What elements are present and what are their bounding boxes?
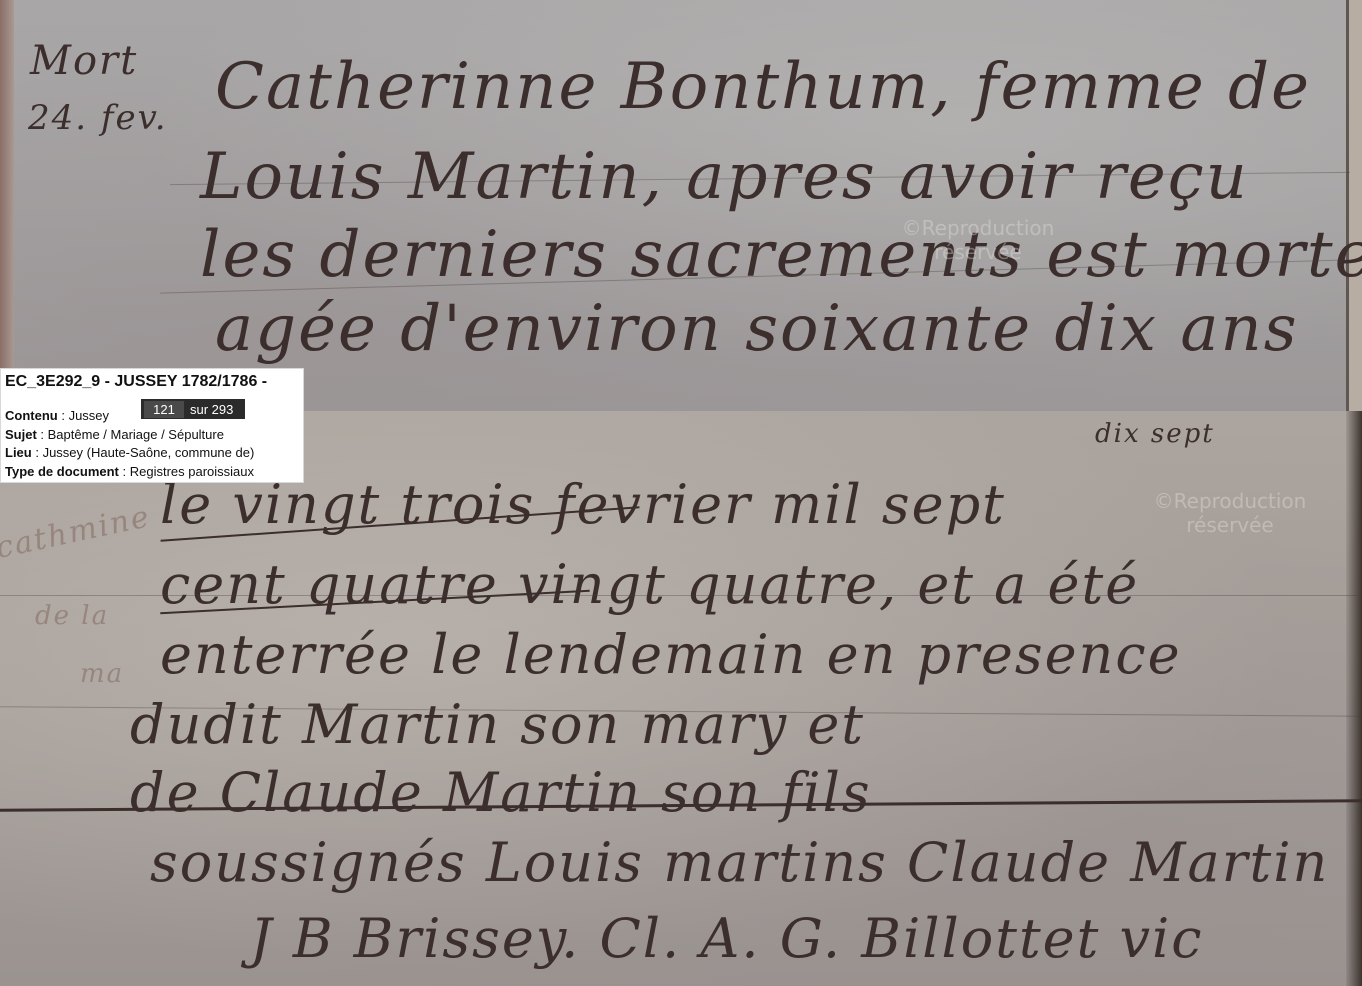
document-title: EC_3E292_9 - JUSSEY 1782/1786 - <box>5 372 299 392</box>
bleed-through-text: de la <box>35 601 109 631</box>
metadata-separator: : <box>58 408 69 423</box>
handwriting-line: soussignés Louis martins Claude Martin <box>150 831 1329 894</box>
metadata-sujet: Sujet : Baptême / Mariage / Sépulture <box>5 426 254 445</box>
page-binding-edge <box>0 0 14 411</box>
handwriting-line: enterrée le lendemain en presence <box>160 623 1182 686</box>
handwriting-line: agée d'environ soixante dix ans <box>215 292 1299 366</box>
margin-note-date: 24. fev. <box>28 98 168 138</box>
watermark-line: ©Reproduction <box>1150 489 1310 513</box>
watermark-line: réservée <box>1150 513 1310 537</box>
handwriting-line: les derniers sacrements est morte <box>200 218 1362 292</box>
metadata-contenu: Contenu : Jussey <box>5 407 254 426</box>
page-margin <box>1349 0 1362 411</box>
metadata-label: Type de document <box>5 464 119 479</box>
scan-tile-top: Mort 24. fev. Catherinne Bonthum, femme … <box>0 0 1362 411</box>
metadata-label: Sujet <box>5 427 37 442</box>
document-viewer[interactable]: Mort 24. fev. Catherinne Bonthum, femme … <box>0 0 1362 986</box>
insertion-note: dix sept <box>1095 419 1215 449</box>
metadata-label: Contenu <box>5 408 58 423</box>
handwriting-line: Catherinne Bonthum, femme de <box>215 50 1311 124</box>
handwriting-line: dudit Martin son mary et <box>130 693 865 756</box>
metadata-separator: : <box>119 464 130 479</box>
watermark-line: ©Reproduction <box>888 216 1068 240</box>
margin-note-mort: Mort <box>30 38 138 84</box>
signature-line: J B Brissey. Cl. A. G. Billottet vic <box>250 907 1204 970</box>
metadata-label: Lieu <box>5 445 32 460</box>
metadata-value: Registres paroissiaux <box>130 464 254 479</box>
metadata-value: Jussey (Haute-Saône, commune de) <box>43 445 255 460</box>
document-metadata: Contenu : Jussey Sujet : Baptême / Maria… <box>5 407 254 481</box>
metadata-separator: : <box>32 445 43 460</box>
metadata-value: Baptême / Mariage / Sépulture <box>48 427 224 442</box>
bleed-through-text: ma <box>80 659 124 689</box>
metadata-type-document: Type de document : Registres paroissiaux <box>5 463 254 482</box>
watermark: ©Reproduction réservée <box>888 216 1068 264</box>
page-gutter-shadow <box>1346 411 1362 986</box>
handwriting-line: de Claude Martin son fils <box>130 761 872 824</box>
watermark: ©Reproduction réservée <box>1150 489 1310 537</box>
watermark-line: réservée <box>888 240 1068 264</box>
scan-tile-bottom: cathmine de la ma dix sept le vingt troi… <box>0 411 1362 986</box>
metadata-value: Jussey <box>69 408 109 423</box>
document-info-panel: EC_3E292_9 - JUSSEY 1782/1786 - 121 sur … <box>0 368 304 483</box>
metadata-separator: : <box>37 427 48 442</box>
bleed-through-text: cathmine <box>0 499 154 566</box>
metadata-lieu: Lieu : Jussey (Haute-Saône, commune de) <box>5 444 254 463</box>
handwriting-line: Louis Martin, apres avoir reçu <box>200 140 1249 214</box>
ruled-line <box>0 595 1362 596</box>
